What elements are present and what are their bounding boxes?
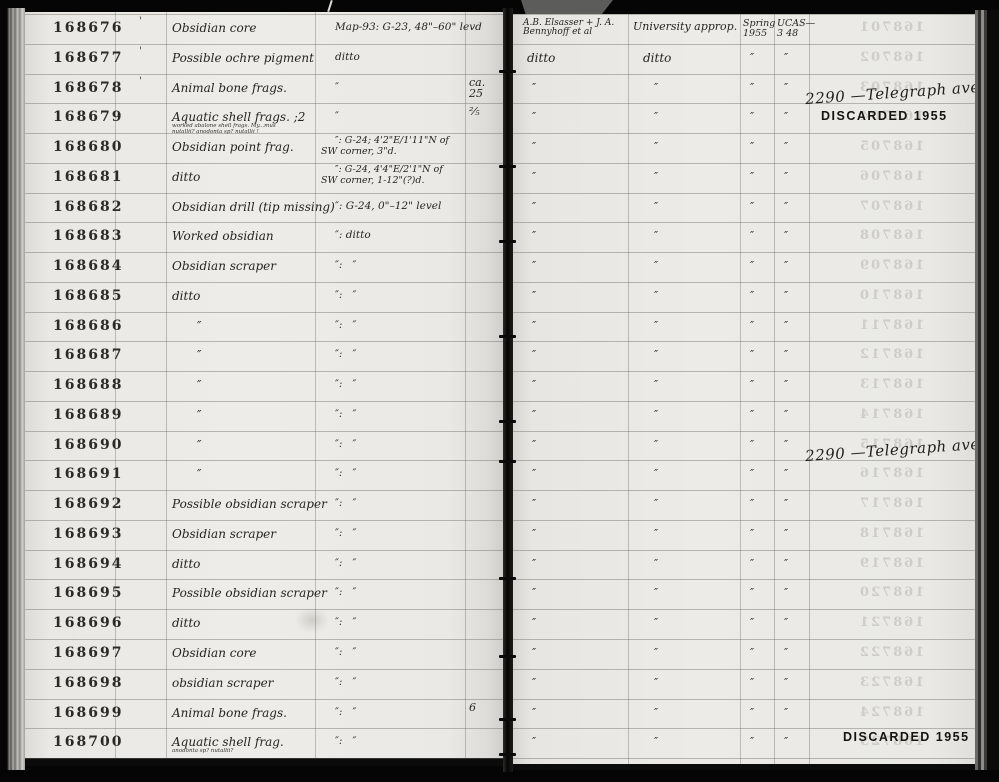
account-ditto-mark: ″: [654, 290, 658, 302]
grid-hline: [513, 341, 975, 342]
scanned-ledger-spread: 168676'Obsidian coreMap-93: G-23, 48"–60…: [0, 0, 999, 782]
account-ditto-mark: ″: [654, 587, 658, 599]
locality-text: ″: [335, 111, 339, 122]
grid-vline: [166, 12, 167, 758]
ucas-ditto-mark: ″: [784, 498, 788, 510]
date-ditto-mark: ″: [750, 587, 754, 599]
description-text: Obsidian point frag.: [172, 141, 294, 154]
grid-hline: [513, 312, 975, 313]
grid-hline: [25, 520, 503, 521]
grid-hline: [25, 728, 503, 729]
binding-stitch-mark: [499, 753, 516, 756]
account-ditto-mark: ″: [654, 409, 658, 421]
date-ditto-mark: ″: [750, 171, 754, 183]
catalog-number: 168683: [53, 229, 123, 244]
date-ditto-mark: ″: [750, 647, 754, 659]
grid-hline: [25, 133, 503, 134]
locality-text-line2: SW corner, 3"d.: [321, 147, 397, 157]
date-ditto-mark: ″: [750, 141, 754, 153]
ucas-ditto-mark: ″: [784, 587, 788, 599]
ghost-number: 168708: [858, 228, 924, 243]
grid-hline: [25, 282, 503, 283]
grid-hline: [513, 639, 975, 640]
ucas-ditto-mark: ″: [784, 528, 788, 540]
ucas-ditto-mark: ″: [784, 201, 788, 213]
binding-stitch-mark: [499, 165, 516, 168]
grid-hline: [25, 252, 503, 253]
account-ditto-mark: ″: [654, 320, 658, 332]
description-subtext: nutallii? anodonta sp? nutallii !: [172, 129, 259, 135]
catalog-number: 168700: [53, 735, 123, 750]
catalog-number: 168679: [53, 110, 123, 125]
discarded-stamp: DISCARDED 1955: [821, 109, 948, 123]
paper-smudge: [295, 607, 329, 633]
grid-hline: [513, 14, 975, 15]
catalog-number: 168693: [53, 527, 123, 542]
locality-text: ″: ″: [335, 409, 356, 420]
account-ditto-mark: ″: [654, 141, 658, 153]
date-ditto-mark: ″: [750, 349, 754, 361]
grid-vline: [809, 14, 810, 764]
ucas-ditto-mark: ″: [784, 617, 788, 629]
grid-hline: [513, 282, 975, 283]
catalog-number: 168677: [53, 51, 123, 66]
locality-text: ″: ″: [335, 320, 356, 331]
collector-ditto-mark: ″: [532, 647, 536, 659]
grid-hline: [25, 639, 503, 640]
grid-hline: [25, 460, 503, 461]
grid-hline: [513, 758, 975, 759]
description-text: Possible obsidian scraper: [172, 587, 327, 600]
grid-hline: [513, 222, 975, 223]
date-ditto-mark: ″: [750, 677, 754, 689]
grid-vline: [740, 14, 741, 764]
date-ditto-mark: ″: [750, 111, 754, 123]
description-text: Animal bone frags.: [172, 82, 287, 95]
ucas-ditto-mark: ″: [784, 349, 788, 361]
description-text: Animal bone frags.: [172, 707, 287, 720]
ucas-ditto-mark: ″: [784, 647, 788, 659]
collector-text: A.B. Elsasser + J. A. Bennyhoff et al: [523, 19, 614, 38]
description-text: ditto: [172, 171, 200, 184]
grid-hline: [25, 103, 503, 104]
ucas-ditto-mark: ″: [784, 52, 788, 64]
locality-text: ″: ″: [335, 617, 356, 628]
date-text: Spring 1955: [743, 19, 775, 39]
description-text: Obsidian drill (tip missing): [172, 201, 335, 214]
grid-hline: [25, 579, 503, 580]
date-ditto-mark: ″: [750, 52, 754, 64]
ucas-ditto-mark: ″: [784, 409, 788, 421]
corner-shade: [521, 0, 613, 14]
grid-hline: [513, 133, 975, 134]
grid-hline: [513, 401, 975, 402]
catalog-number: 168676: [53, 21, 123, 36]
ucas-ditto-mark: ″: [784, 290, 788, 302]
account-ditto-mark: ″: [654, 111, 658, 123]
ghost-number: 168705: [858, 139, 924, 154]
page-edge-right: [975, 10, 999, 770]
catalog-number: 168699: [53, 706, 123, 721]
grid-hline: [25, 222, 503, 223]
ghost-number: 168723: [858, 675, 924, 690]
description-subtext: anodonta sp? nutallii?: [172, 748, 233, 754]
ucas-ditto-mark: ″: [784, 141, 788, 153]
grid-hline: [513, 163, 975, 164]
collector-ditto-mark: ″: [532, 677, 536, 689]
locality-text: ″: ″: [335, 707, 356, 718]
grid-hline: [25, 312, 503, 313]
date-ditto-mark: ″: [750, 82, 754, 94]
catalog-number: 168688: [53, 378, 123, 393]
ghost-number: 168722: [858, 645, 924, 660]
locality-text: ″: ″: [335, 528, 356, 539]
description-text: ditto: [172, 558, 200, 571]
binding-stitch-mark: [499, 460, 516, 463]
ghost-number: 168701: [858, 20, 924, 35]
grid-hline: [25, 193, 503, 194]
grid-hline: [25, 669, 503, 670]
binding-thread: [327, 0, 333, 12]
ucas-ditto-mark: ″: [784, 111, 788, 123]
collector-ditto-mark: ″: [532, 171, 536, 183]
date-ditto-mark: ″: [750, 379, 754, 391]
locality-text: ″: ″: [335, 677, 356, 688]
ucas-ditto-mark: ″: [784, 439, 788, 451]
collector-ditto-mark: ″: [532, 498, 536, 510]
account-ditto-mark: ″: [654, 528, 658, 540]
ghost-number: 168717: [858, 496, 924, 511]
grid-hline: [513, 728, 975, 729]
locality-text: Map-93: G-23, 48"–60" levd: [335, 22, 482, 33]
grid-hline: [25, 401, 503, 402]
binding-stitch-mark: [499, 577, 516, 580]
description-text: ″: [197, 379, 201, 392]
catalog-number: 168681: [53, 170, 123, 185]
locality-text: ″: G-24, 0"–12" level: [335, 201, 441, 212]
count-text: ⅖: [469, 106, 480, 118]
description-text: ″: [197, 439, 201, 452]
collector-ditto-mark: ″: [532, 617, 536, 629]
date-ditto-mark: ″: [750, 201, 754, 213]
grid-hline: [513, 609, 975, 610]
account-ditto-mark: ″: [654, 498, 658, 510]
locality-text: ″: ″: [335, 349, 356, 360]
grid-hline: [25, 371, 503, 372]
grid-hline: [513, 579, 975, 580]
ghost-number: 168719: [858, 556, 924, 571]
ghost-number: 168714: [858, 407, 924, 422]
date-ditto-mark: ″: [750, 409, 754, 421]
collector-ditto-mark: ″: [532, 707, 536, 719]
ghost-number: 168710: [858, 288, 924, 303]
ghost-number: 168707: [858, 199, 924, 214]
catalog-number: 168696: [53, 616, 123, 631]
binding-stitch-mark: [499, 420, 516, 423]
locality-text: ″: G-24; 4'2"E/1'11"N of: [335, 136, 449, 146]
date-ditto-mark: ″: [750, 320, 754, 332]
grid-hline: [25, 44, 503, 45]
catalog-number: 168684: [53, 259, 123, 274]
ghost-number: 168713: [858, 377, 924, 392]
tick-mark: ': [139, 17, 142, 28]
date-ditto-mark: ″: [750, 558, 754, 570]
ucas-ditto-mark: ″: [784, 736, 788, 748]
ghost-number: 168706: [858, 169, 924, 184]
date-ditto-mark: ″: [750, 260, 754, 272]
binding-stitch-mark: [499, 655, 516, 658]
locality-text: ″: ″: [335, 647, 356, 658]
grid-hline: [25, 341, 503, 342]
account-ditto-mark: ″: [654, 736, 658, 748]
description-text: Obsidian scraper: [172, 260, 276, 273]
grid-hline: [513, 44, 975, 45]
page-edge-stack: [0, 8, 25, 770]
description-text: ditto: [172, 290, 200, 303]
locality-text: ″: ″: [335, 379, 356, 390]
collector-ditto-mark: ″: [532, 201, 536, 213]
ucas-ditto-mark: ″: [784, 320, 788, 332]
description-text: Possible ochre pigment: [172, 52, 314, 65]
catalog-number: 168687: [53, 348, 123, 363]
description-text: Obsidian core: [172, 647, 257, 660]
grid-hline: [513, 460, 975, 461]
collector-ditto-mark: ″: [532, 260, 536, 272]
account-ditto-mark: ″: [654, 379, 658, 391]
catalog-number: 168691: [53, 467, 123, 482]
ghost-number: 168721: [858, 615, 924, 630]
grid-hline: [513, 490, 975, 491]
grid-vline: [465, 12, 466, 758]
description-text: ditto: [172, 617, 200, 630]
ucas-ditto-mark: ″: [784, 260, 788, 272]
catalog-number: 168680: [53, 140, 123, 155]
account-ditto-mark: ″: [654, 82, 658, 94]
catalog-number: 168689: [53, 408, 123, 423]
locality-text-line2: SW corner, 1-12"(?)d.: [321, 176, 424, 186]
description-text: ″: [197, 468, 201, 481]
grid-hline: [25, 431, 503, 432]
account-ditto-mark: ″: [654, 558, 658, 570]
grid-vline: [774, 14, 775, 764]
description-text: ″: [197, 349, 201, 362]
locality-text: ″: ″: [335, 290, 356, 301]
count-text: ca. 25: [469, 77, 485, 100]
locality-text: ″: ″: [335, 558, 356, 569]
account-ditto: ditto: [643, 52, 671, 65]
collector-ditto-mark: ″: [532, 320, 536, 332]
collector-ditto-mark: ″: [532, 528, 536, 540]
locality-text: ″: ″: [335, 468, 356, 479]
ucas-ditto-mark: ″: [784, 677, 788, 689]
left-page: 168676'Obsidian coreMap-93: G-23, 48"–60…: [25, 12, 503, 766]
description-text: ″: [197, 320, 201, 333]
locality-text: ″: ″: [335, 439, 356, 450]
account-ditto-mark: ″: [654, 230, 658, 242]
grid-vline: [315, 12, 316, 758]
account-ditto-mark: ″: [654, 677, 658, 689]
grid-hline: [25, 758, 503, 759]
account-ditto-mark: ″: [654, 171, 658, 183]
locality-text: ″: ″: [335, 498, 356, 509]
ucas-ditto-mark: ″: [784, 171, 788, 183]
description-text: Obsidian core: [172, 22, 257, 35]
right-page: 168701A.B. Elsasser + J. A. Bennyhoff et…: [513, 14, 975, 770]
account-ditto-mark: ″: [654, 707, 658, 719]
date-ditto-mark: ″: [750, 230, 754, 242]
collector-ditto-mark: ″: [532, 111, 536, 123]
ucas-ditto-mark: ″: [784, 707, 788, 719]
locality-text: ″: [335, 82, 339, 93]
catalog-number: 168695: [53, 586, 123, 601]
grid-hline: [513, 669, 975, 670]
grid-hline: [513, 193, 975, 194]
binding-stitch-mark: [499, 240, 516, 243]
grid-hline: [513, 371, 975, 372]
account-text: University approp.: [633, 21, 737, 33]
description-text: Worked obsidian: [172, 230, 274, 243]
locality-text: ″: ditto: [335, 230, 371, 241]
ucas-number-text: UCAS— 3 48: [777, 19, 815, 39]
ucas-ditto-mark: ″: [784, 558, 788, 570]
collector-ditto-mark: ″: [532, 558, 536, 570]
date-ditto-mark: ″: [750, 468, 754, 480]
binding-stitch-mark: [499, 335, 516, 338]
date-ditto-mark: ″: [750, 707, 754, 719]
collector-ditto-mark: ″: [532, 468, 536, 480]
collector-ditto-mark: ″: [532, 736, 536, 748]
locality-text: ″: ″: [335, 260, 356, 271]
account-ditto-mark: ″: [654, 201, 658, 213]
date-ditto-mark: ″: [750, 498, 754, 510]
grid-hline: [513, 74, 975, 75]
description-text: ″: [197, 409, 201, 422]
description-text: Obsidian scraper: [172, 528, 276, 541]
date-ditto-mark: ″: [750, 290, 754, 302]
locality-text: ditto: [335, 52, 360, 63]
ghost-number: 168718: [858, 526, 924, 541]
ghost-number: 168712: [858, 347, 924, 362]
binding-stitch-mark: [499, 70, 516, 73]
grid-hline: [25, 699, 503, 700]
ucas-ditto-mark: ″: [784, 379, 788, 391]
account-ditto-mark: ″: [654, 468, 658, 480]
date-ditto-mark: ″: [750, 736, 754, 748]
ghost-number: 168716: [858, 466, 924, 481]
date-ditto-mark: ″: [750, 617, 754, 629]
catalog-number: 168678: [53, 81, 123, 96]
account-ditto-mark: ″: [654, 349, 658, 361]
ucas-ditto-mark: ″: [784, 82, 788, 94]
collector-ditto-mark: ″: [532, 141, 536, 153]
grid-hline: [513, 103, 975, 104]
account-ditto-mark: ″: [654, 260, 658, 272]
description-subtext: worked abalone shell frags. My...mus: [172, 123, 276, 129]
grid-hline: [513, 431, 975, 432]
grid-hline: [513, 550, 975, 551]
catalog-number: 168686: [53, 319, 123, 334]
grid-hline: [25, 74, 503, 75]
grid-hline: [513, 520, 975, 521]
catalog-number: 168697: [53, 646, 123, 661]
date-ditto-mark: ″: [750, 528, 754, 540]
account-ditto-mark: ″: [654, 647, 658, 659]
locality-text: ″: ″: [335, 587, 356, 598]
collector-ditto-mark: ″: [532, 82, 536, 94]
locality-text: ″: ″: [335, 736, 356, 747]
tick-mark: ': [139, 47, 142, 58]
collector-ditto-mark: ″: [532, 409, 536, 421]
catalog-number: 168692: [53, 497, 123, 512]
count-text: 6: [469, 702, 476, 714]
catalog-number: 168682: [53, 200, 123, 215]
description-text: obsidian scraper: [172, 677, 273, 690]
catalog-number: 168694: [53, 557, 123, 572]
collector-ditto-mark: ″: [532, 587, 536, 599]
collector-ditto-mark: ″: [532, 439, 536, 451]
grid-hline: [513, 252, 975, 253]
grid-hline: [25, 14, 503, 15]
date-ditto-mark: ″: [750, 439, 754, 451]
discarded-stamp: DISCARDED 1955: [843, 730, 970, 744]
binding-stitch-mark: [499, 718, 516, 721]
grid-vline: [628, 14, 629, 764]
catalog-number: 168690: [53, 438, 123, 453]
ucas-ditto-mark: ″: [784, 468, 788, 480]
tick-mark: ': [139, 77, 142, 88]
description-text: Possible obsidian scraper: [172, 498, 327, 511]
catalog-number: 168685: [53, 289, 123, 304]
grid-hline: [513, 699, 975, 700]
ghost-number: 168720: [858, 585, 924, 600]
ghost-number: 168724: [858, 705, 924, 720]
collector-ditto: ditto: [527, 52, 555, 65]
catalog-number: 168698: [53, 676, 123, 691]
ghost-number: 168702: [858, 50, 924, 65]
locality-text: ″: G-24, 4'4"E/2'1"N of: [335, 165, 443, 175]
ucas-ditto-mark: ″: [784, 230, 788, 242]
grid-hline: [25, 490, 503, 491]
collector-ditto-mark: ″: [532, 230, 536, 242]
account-ditto-mark: ″: [654, 617, 658, 629]
ghost-number: 168711: [858, 318, 924, 333]
ghost-number: 168709: [858, 258, 924, 273]
grid-hline: [25, 550, 503, 551]
collector-ditto-mark: ″: [532, 290, 536, 302]
account-ditto-mark: ″: [654, 439, 658, 451]
collector-ditto-mark: ″: [532, 379, 536, 391]
collector-ditto-mark: ″: [532, 349, 536, 361]
grid-hline: [25, 609, 503, 610]
